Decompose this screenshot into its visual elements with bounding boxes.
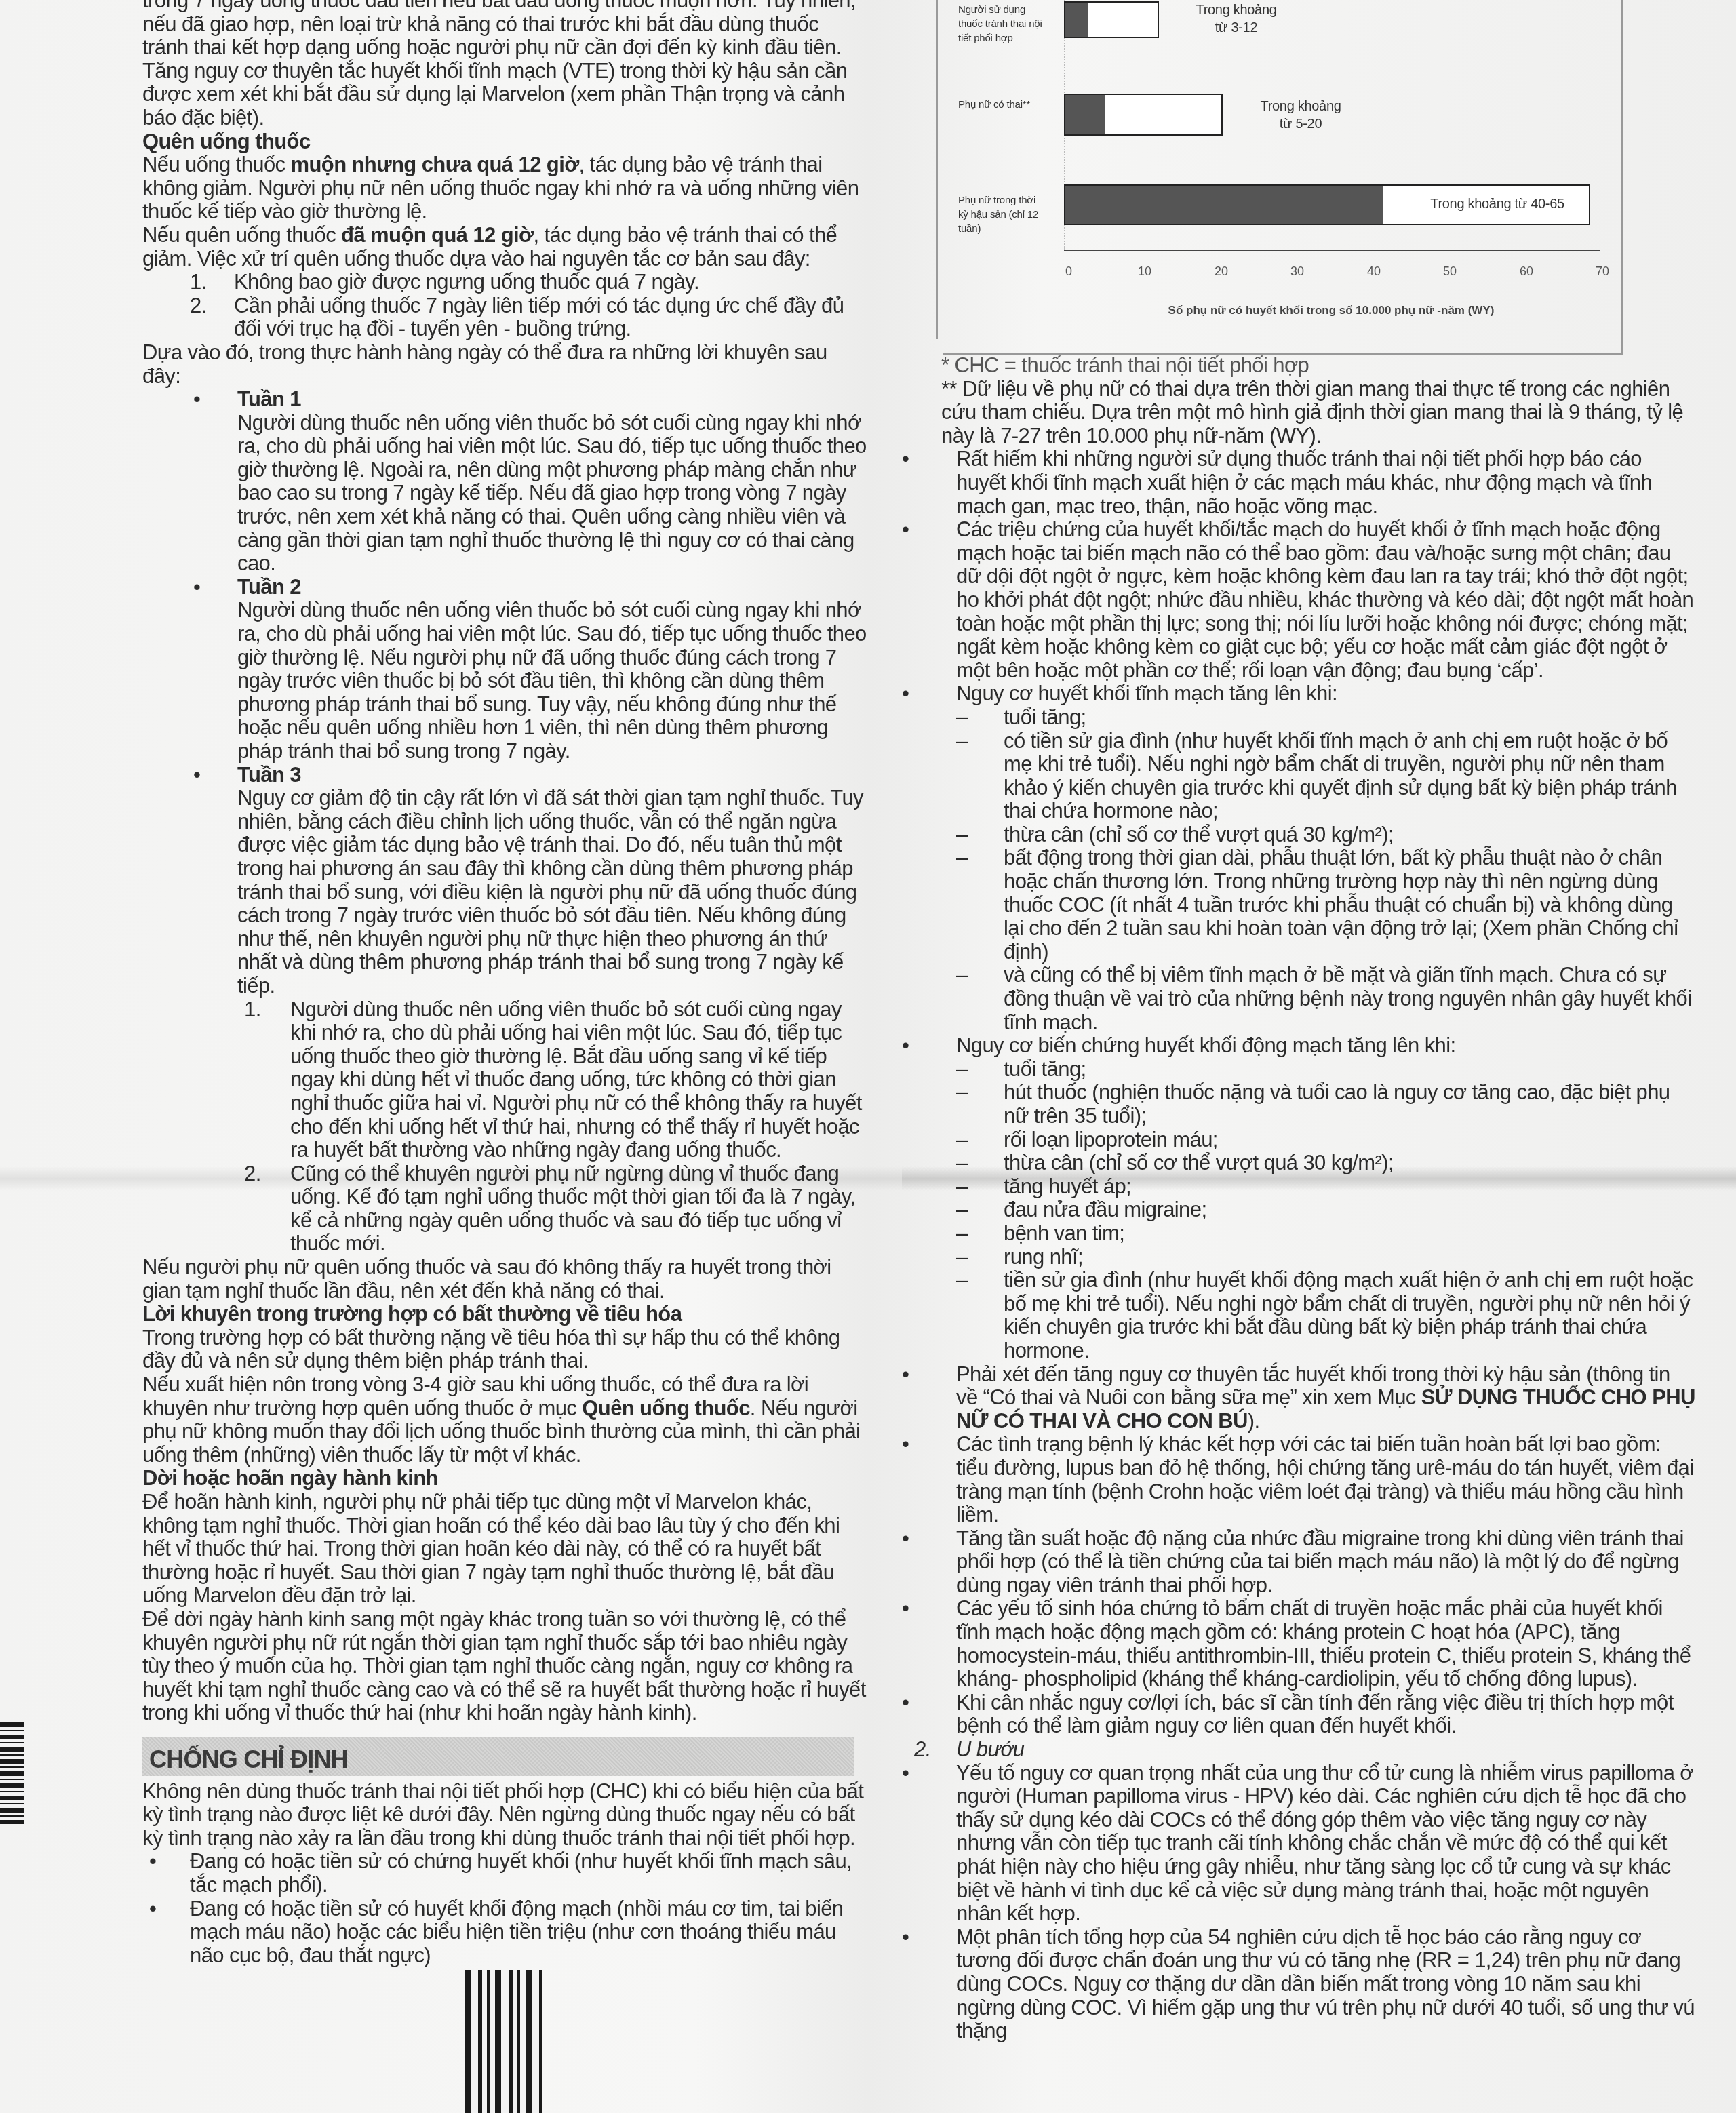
list-item: –đau nửa đầu migraine; [956,1198,1695,1222]
bullet-icon: • [193,576,200,599]
dash-icon: – [956,823,968,847]
section-heading-contraindications: CHỐNG CHỈ ĐỊNH [142,1737,854,1776]
dash-icon: – [956,1198,968,1222]
tumor-list: •Yếu tố nguy cơ quan trọng nhất của ung … [943,1762,1695,2043]
list-item: 2.Cần phải uống thuốc 7 ngày liên tiếp m… [142,294,868,341]
list-item: •Tăng tần suất hoặc độ nặng của nhức đầu… [943,1527,1695,1598]
x-tick: 30 [1290,264,1304,279]
right-column: * CHC = thuốc tránh thai nội tiết phối h… [943,354,1695,2043]
x-tick: 0 [1065,264,1072,279]
list-item: 1.Không bao giờ được ngưng uống thuốc qu… [142,271,868,294]
list-item: •Nguy cơ biến chứng huyết khối động mạch… [943,1034,1695,1362]
contra-intro: Không nên dùng thuốc tránh thai nội tiết… [142,1780,868,1851]
dash-icon: – [956,1175,968,1199]
x-tick: 20 [1215,264,1228,279]
list-item: –rối loạn lipoprotein máu; [956,1128,1695,1152]
intro-paragraph: trong 7 ngày uống thuốc đầu tiên nếu bắt… [142,0,868,130]
bullet-icon: • [902,1363,909,1387]
section-heading-missed: Quên uống thuốc [142,130,868,154]
dash-icon: – [956,730,968,753]
week-2-item: • Tuần 2 Người dùng thuốc nên uống viên … [142,576,868,764]
list-item: •Các tình trạng bệnh lý khác kết hợp với… [943,1433,1695,1526]
x-axis [1064,250,1600,251]
list-item: •Các triệu chứng của huyết khối/tắc mạch… [943,518,1695,682]
dash-icon: – [956,1246,968,1269]
missed-paragraph-1: Nếu uống thuốc muộn nhưng chưa quá 12 gi… [142,153,868,224]
bullet-icon: • [902,1597,909,1621]
risk-list: •Rất hiếm khi những người sử dụng thuốc … [943,448,1695,1738]
missed-closing: Nếu người phụ nữ quên uống thuốc và sau … [142,1256,868,1303]
missed-paragraph-2: Nếu quên uống thuốc đã muộn quá 12 giờ, … [142,224,868,271]
venous-risk-factors: –tuổi tăng; –có tiền sử gia đình (như hu… [956,706,1695,1034]
advice-intro: Dựa vào đó, trong thực hành hàng ngày có… [142,341,868,388]
rules-list: 1.Không bao giờ được ngưng uống thuốc qu… [142,271,868,341]
chart-category-label: Phụ nữ trong thời kỳ hậu sản (chỉ 12 tuầ… [958,193,1046,236]
dash-icon: – [956,706,968,730]
arterial-risk-factors: –tuổi tăng; –hút thuốc (nghiện thuốc nặn… [956,1058,1695,1363]
week-3-item: • Tuần 3 Nguy cơ giảm độ tin cậy rất lớn… [142,764,868,1256]
chart-footnote-1: * CHC = thuốc tránh thai nội tiết phối h… [941,354,1695,378]
section-heading-delay: Dời hoặc hoãn ngày hành kinh [142,1467,868,1490]
chart-category-label: Người sử dụng thuốc tránh thai nội tiết … [958,3,1046,45]
list-item: –rung nhĩ; [956,1246,1695,1269]
dash-icon: – [956,1058,968,1082]
barcode-graphic [465,1970,542,2113]
bullet-icon: • [149,1850,156,1874]
chart-bar-annotation: Trong khoảngtừ 3-12 [1172,1,1301,37]
section-heading-tumors: 2.U bướu [943,1738,1695,1762]
list-item: –tăng huyết áp; [956,1175,1695,1199]
dash-icon: – [956,1128,968,1152]
list-item: –thừa cân (chỉ số cơ thể vượt quá 30 kg/… [956,1151,1695,1175]
dash-icon: – [956,846,968,870]
chart-category-label: Phụ nữ có thai** [958,98,1046,112]
chart-bar [1064,94,1223,136]
dash-icon: – [956,1222,968,1246]
dash-icon: – [956,964,968,987]
dash-icon: – [956,1151,968,1175]
list-item: 1.Người dùng thuốc nên uống viên thuốc b… [142,998,868,1162]
delay-paragraph-1: Để hoãn hành kinh, người phụ nữ phải tiế… [142,1490,868,1608]
dash-icon: – [956,1081,968,1105]
week-1-item: • Tuần 1 Người dùng thuốc nên uống viên … [142,388,868,576]
list-item: –tuổi tăng; [956,1058,1695,1082]
list-item: –thừa cân (chỉ số cơ thể vượt quá 30 kg/… [956,823,1695,847]
x-tick: 40 [1367,264,1381,279]
x-tick: 60 [1520,264,1533,279]
chart-bar-annotation: Trong khoảngtừ 5-20 [1236,98,1365,133]
bullet-icon: • [902,1926,909,1950]
bullet-icon: • [902,1691,909,1715]
x-tick: 50 [1443,264,1457,279]
contra-list: •Đang có hoặc tiền sử có chứng huyết khố… [88,1850,868,1967]
list-item: •Đang có hoặc tiền sử có chứng huyết khố… [88,1850,868,1897]
section-heading-gi: Lời khuyên trong trường hợp có bất thườn… [142,1303,868,1326]
chart-footnote-2: ** Dữ liệu về phụ nữ có thai dựa trên th… [941,378,1695,448]
bullet-icon: • [193,388,200,412]
bullet-icon: • [902,518,909,542]
chart-bar-annotation: Trong khoảng từ 40-65 [1413,195,1582,213]
list-item: •Yếu tố nguy cơ quan trọng nhất của ung … [943,1762,1695,1926]
list-item: –bệnh van tim; [956,1222,1695,1246]
x-tick: 70 [1596,264,1609,279]
bullet-icon: • [193,764,200,787]
bullet-icon: • [902,682,909,706]
bullet-icon: • [902,1527,909,1551]
x-axis-title: Số phụ nữ có huyết khối trong số 10.000 … [1060,304,1602,317]
list-item: –tiền sử gia đình (như huyết khối động m… [956,1269,1695,1362]
left-column: trong 7 ngày uống thuốc đầu tiên nếu bắt… [142,0,868,1967]
bullet-icon: • [902,1762,909,1785]
list-item: •Rất hiếm khi những người sử dụng thuốc … [943,448,1695,518]
x-tick: 10 [1138,264,1151,279]
list-item: 2.Cũng có thể khuyên người phụ nữ ngừng … [142,1162,868,1256]
delay-paragraph-2: Để dời ngày hành kinh sang một ngày khác… [142,1608,868,1725]
list-item: •Một phân tích tổng hợp của 54 nghiên cứ… [943,1926,1695,2043]
dash-icon: – [956,1269,968,1292]
vte-risk-chart: Người sử dụng thuốc tránh thai nội tiết … [936,0,1616,339]
chart-bar [1064,1,1159,38]
bullet-icon: • [902,1034,909,1058]
weeks-list: • Tuần 1 Người dùng thuốc nên uống viên … [142,388,868,1256]
gi-paragraph-2: Nếu xuất hiện nôn trong vòng 3-4 giờ sau… [142,1373,868,1467]
gi-paragraph-1: Trong trường hợp có bất thường nặng về t… [142,1326,868,1373]
list-item: •Các yếu tố sinh hóa chứng tỏ bẩm chất d… [943,1597,1695,1691]
list-item: –và cũng có thể bị viêm tĩnh mạch ở bề m… [956,964,1695,1034]
barcode-graphic [0,1722,24,1824]
list-item: •Nguy cơ huyết khối tĩnh mạch tăng lên k… [943,682,1695,1034]
list-item: •Khi cân nhắc nguy cơ/lợi ích, bác sĩ cầ… [943,1691,1695,1738]
list-item: –có tiền sử gia đình (như huyết khối tĩn… [956,730,1695,823]
list-item: –tuổi tăng; [956,706,1695,730]
list-item: •Đang có hoặc tiền sử có huyết khối động… [88,1897,868,1968]
list-item: –hút thuốc (nghiện thuốc nặng và tuổi ca… [956,1081,1695,1128]
list-item: •Phải xét đến tăng nguy cơ thuyên tắc hu… [943,1363,1695,1434]
list-item: –bất động trong thời gian dài, phẫu thuậ… [956,846,1695,964]
bullet-icon: • [149,1897,156,1921]
bullet-icon: • [902,448,909,471]
options-list: 1.Người dùng thuốc nên uống viên thuốc b… [237,998,868,1257]
bullet-icon: • [902,1433,909,1457]
